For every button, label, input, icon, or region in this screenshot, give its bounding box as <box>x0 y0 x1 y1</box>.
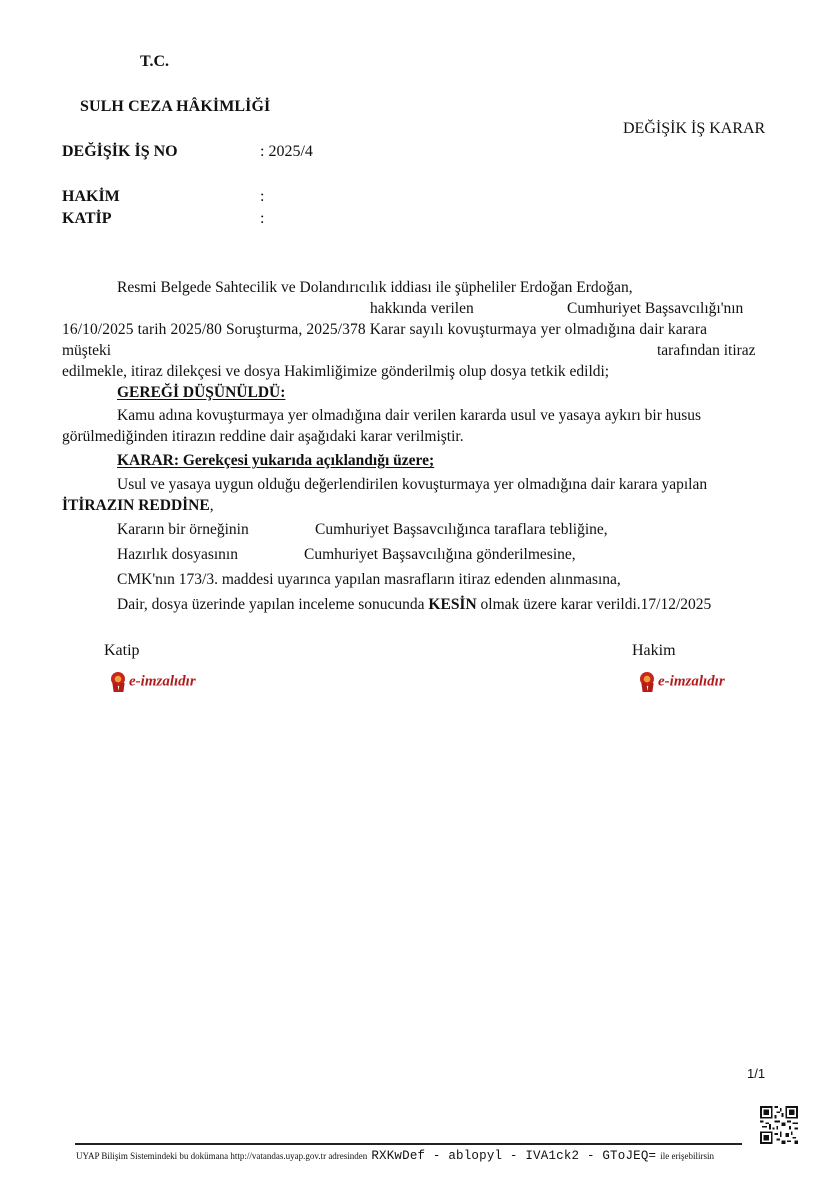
verify-suffix: ile erişebilirsin <box>660 1151 714 1161</box>
final-line: Dair, dosya üzerinde yapılan inceleme so… <box>117 594 711 615</box>
judge-label: HAKİM <box>62 188 120 206</box>
rejection-verdict: İTİRAZIN REDDİNE <box>62 497 210 514</box>
intro-line-4b: tarafından itiraz <box>657 340 756 361</box>
considered-heading: GEREĞİ DÜŞÜNÜLDÜ: <box>117 382 285 403</box>
clerk-signature-title: Katip <box>104 642 140 660</box>
judge-esignature: e-imzalıdır <box>639 672 725 692</box>
intro-line-2b: Cumhuriyet Başsavcılığı'nın <box>567 298 743 319</box>
verify-text: UYAP Bilişim Sistemindeki bu dokümana ht… <box>76 1151 367 1161</box>
qr-code-icon[interactable] <box>760 1106 798 1144</box>
rejection-tail: , <box>210 497 214 514</box>
item-2-post: Cumhuriyet Başsavcılığına gönderilmesine… <box>304 544 576 565</box>
final-pre: Dair, dosya üzerinde yapılan inceleme so… <box>117 596 428 613</box>
seal-rosette-icon <box>110 672 126 692</box>
verification-footer: UYAP Bilişim Sistemindeki bu dokümana ht… <box>76 1149 714 1163</box>
clerk-esignature: e-imzalıdır <box>110 672 196 692</box>
document-type: DEĞİŞİK İŞ KARAR <box>623 120 765 138</box>
esign-label: e-imzalıdır <box>129 674 196 690</box>
clerk-value: : <box>260 210 264 228</box>
considered-line-2: görülmediğinden itirazın reddine dair aş… <box>62 426 464 447</box>
intro-line-5: edilmekle, itiraz dilekçesi ve dosya Hak… <box>62 361 609 382</box>
intro-line-3: 16/10/2025 tarih 2025/80 Soruşturma, 202… <box>62 319 766 340</box>
judge-value: : <box>260 188 264 206</box>
decision-line: Usul ve yasaya uygun olduğu değerlendiri… <box>117 474 707 495</box>
seal-rosette-icon <box>639 672 655 692</box>
final-verdict: KESİN <box>428 596 476 613</box>
judge-signature-title: Hakim <box>632 642 676 660</box>
case-no-value: : 2025/4 <box>260 143 313 161</box>
item-1-post: Cumhuriyet Başsavcılığınca taraflara teb… <box>315 519 608 540</box>
item-1-pre: Kararın bir örneğinin <box>117 519 249 540</box>
verification-code: RXKwDef - ablopyl - IVA1ck2 - GToJEQ= <box>371 1149 656 1163</box>
item-2-pre: Hazırlık dosyasının <box>117 544 238 565</box>
court-name: SULH CEZA HÂKİMLİĞİ <box>80 98 270 116</box>
rejection-line: İTİRAZIN REDDİNE, <box>62 495 214 516</box>
case-no-label: DEĞİŞİK İŞ NO <box>62 143 178 161</box>
final-post: olmak üzere karar verildi.17/12/2025 <box>477 596 712 613</box>
page-number: 1/1 <box>747 1066 765 1081</box>
item-3: CMK'nın 173/3. maddesi uyarınca yapılan … <box>117 569 621 590</box>
considered-line-1: Kamu adına kovuşturmaya yer olmadığına d… <box>117 405 701 426</box>
clerk-label: KATİP <box>62 210 111 228</box>
intro-line-4a: müşteki <box>62 340 111 361</box>
intro-line-2a: hakkında verilen <box>370 298 474 319</box>
esign-label: e-imzalıdır <box>658 674 725 690</box>
decision-heading: KARAR: Gerekçesi yukarıda açıklandığı üz… <box>117 450 434 471</box>
intro-line-1: Resmi Belgede Sahtecilik ve Dolandırıcıl… <box>117 277 633 298</box>
footer-divider <box>75 1143 742 1145</box>
state-heading: T.C. <box>140 53 169 71</box>
